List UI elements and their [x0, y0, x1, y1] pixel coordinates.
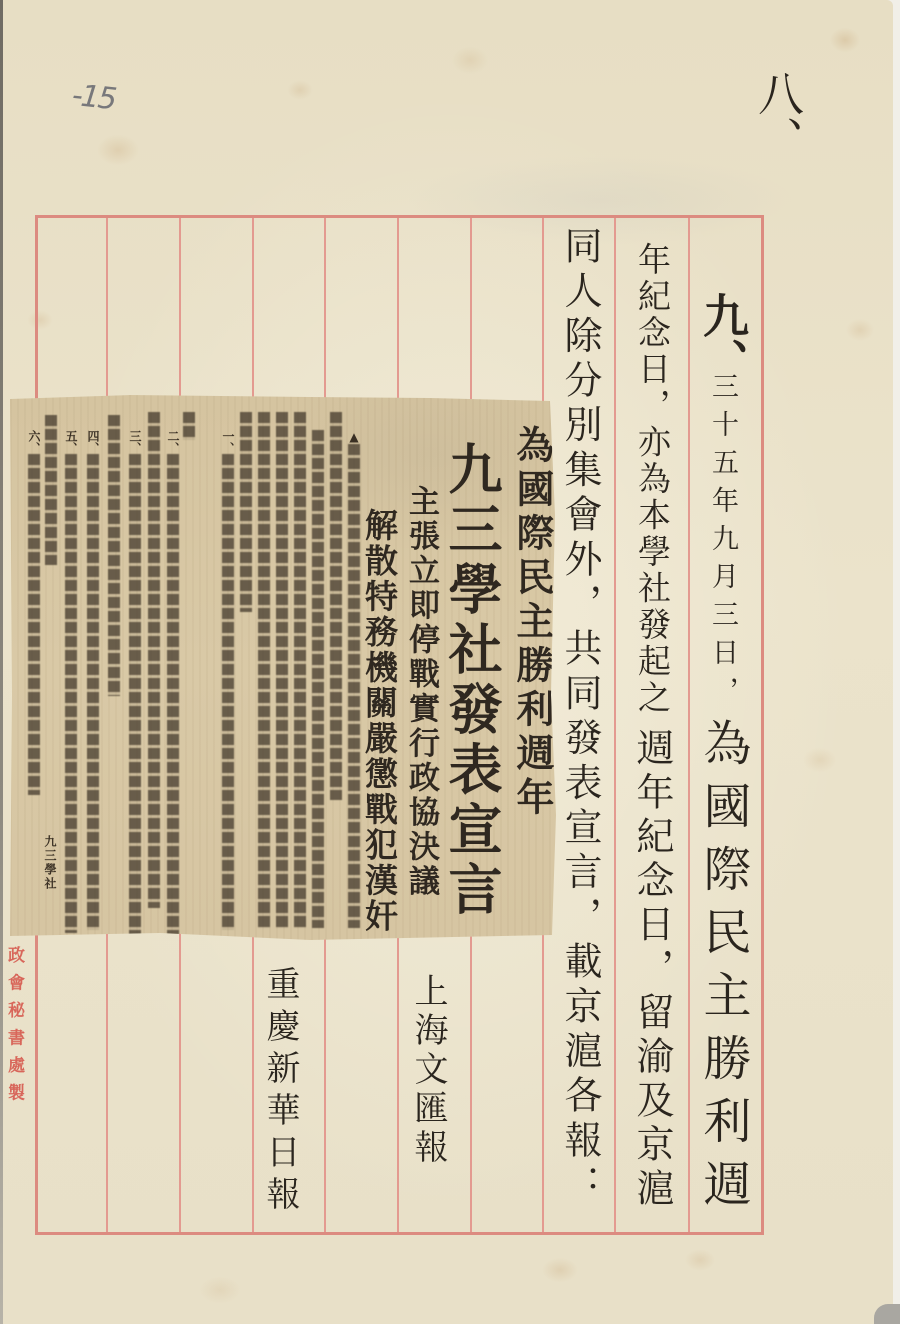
body-text — [28, 454, 40, 795]
body-column: 二、 — [166, 430, 179, 935]
body-text — [45, 415, 57, 565]
item-marker-2: 二、 — [166, 430, 179, 454]
body-column: 四、 — [86, 430, 99, 930]
body-text — [87, 454, 99, 930]
body-text — [330, 412, 342, 800]
body-text — [222, 454, 234, 930]
entry-text-column-2a: 年紀念日，亦為本學社發起之 — [636, 242, 669, 717]
body-text — [348, 444, 360, 928]
pencil-archive-mark: -15 — [70, 78, 116, 117]
body-column — [239, 412, 252, 612]
stationery-imprint: 政會秘書處製 — [5, 946, 22, 1111]
body-column: 六、 — [27, 430, 40, 795]
body-text — [183, 412, 195, 440]
body-column — [107, 415, 120, 696]
body-column: 三、 — [128, 430, 141, 935]
item-marker-5: 五、 — [64, 430, 77, 454]
body-column — [147, 412, 160, 908]
page-number: 八、 — [755, 70, 801, 162]
clipping-headline: 九三學社發表宣言 — [445, 441, 499, 921]
body-column: 一、 — [221, 430, 234, 930]
body-text — [312, 430, 324, 928]
clipping-signature: 九三學社 — [44, 835, 56, 891]
body-text — [108, 415, 120, 696]
body-text — [65, 454, 77, 933]
body-text — [148, 412, 160, 908]
scan-background-corner — [874, 1304, 900, 1324]
body-column — [257, 412, 270, 928]
body-column — [44, 415, 57, 565]
entry-item-number: 九、 — [700, 292, 746, 384]
body-column: 五、 — [64, 430, 77, 933]
item-marker-6: 六、 — [27, 430, 40, 454]
body-column — [293, 412, 306, 928]
source-shanghai-wenhui-bao: 上海文匯報 — [411, 973, 445, 1168]
entry-text-column-1: 為國際民主勝利週 — [699, 718, 747, 1222]
item-marker-4: 四、 — [86, 430, 99, 454]
newspaper-clipping: 為國際民主勝利週年 九三學社發表宣言 主張立即停戰實行政協決議 解散特務機關嚴懲… — [10, 395, 558, 940]
clipping-kicker: 為國際民主勝利週年 — [513, 425, 551, 821]
body-text — [240, 412, 252, 612]
clipping-subhead-2: 解散特務機關嚴懲戰犯漢奸 — [363, 508, 396, 934]
body-text — [167, 454, 179, 935]
entry-text-column-2b: 週年紀念日，留渝及京滬 — [633, 728, 671, 1212]
grid-line — [688, 218, 690, 1232]
body-text — [129, 454, 141, 935]
body-column — [329, 412, 342, 800]
grid-line — [614, 218, 616, 1232]
source-chongqing-xinhua-ribao: 重慶新華日報 — [263, 966, 297, 1218]
entry-date: 三十五年九月三日， — [709, 372, 736, 714]
body-text — [258, 412, 270, 928]
body-column — [182, 412, 195, 440]
body-column — [275, 412, 288, 928]
clipping-subhead-1: 主張立即停戰實行政協決議 — [405, 485, 436, 899]
lead-marker: ▲ — [347, 430, 360, 444]
body-text — [294, 412, 306, 928]
entry-text-column-3: 同人除分別集會外，共同發表宣言，載京滬各報： — [561, 226, 599, 1209]
item-marker-3: 三、 — [128, 430, 141, 454]
body-text — [276, 412, 288, 928]
body-column — [311, 430, 324, 928]
body-column: ▲ — [347, 430, 360, 928]
page-left-edge — [0, 0, 3, 1324]
item-marker-1: 一、 — [221, 430, 234, 454]
